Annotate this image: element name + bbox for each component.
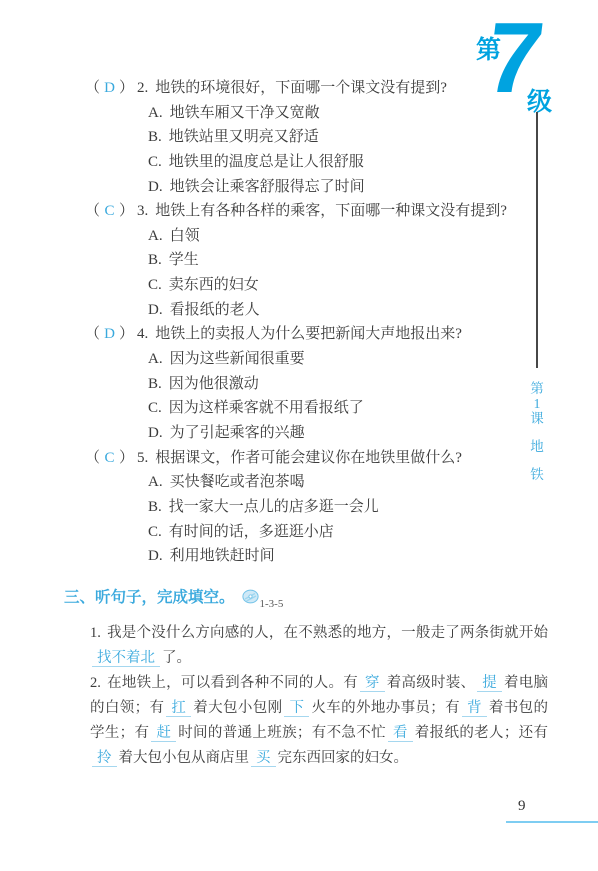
option-label: D. <box>148 425 163 441</box>
option-label: B. <box>148 499 162 515</box>
question-4: （D）4.地铁上的卖报人为什么要把新闻大声地报出来? <box>85 322 545 347</box>
question-3: （C）3.地铁上有各种各样的乘客，下面哪一种课文没有提到? <box>85 199 545 224</box>
workbook-page: 第 7 级 第 1 课 地 铁 （D）2.地铁的环境很好，下面哪一个课文没有提到… <box>0 0 598 871</box>
option-label: D. <box>148 302 163 318</box>
answer-paren-close: ） <box>119 326 134 342</box>
question-2: （D）2.地铁的环境很好，下面哪一个课文没有提到? <box>85 76 545 101</box>
page-number: 9 <box>518 798 526 815</box>
item-number: 2. <box>90 675 101 691</box>
option-label: D. <box>148 179 163 195</box>
question-5: （C）5.根据课文，作者可能会建议你在地铁里做什么? <box>85 446 545 471</box>
question-4-option-d: D.为了引起乘客的兴趣 <box>85 421 545 446</box>
item-text: 时间的普通上班族；有不急不忙 <box>178 725 386 741</box>
question-2-option-c: C.地铁里的温度总是让人很舒服 <box>85 150 545 175</box>
option-text: 地铁里的温度总是让人很舒服 <box>169 154 364 170</box>
option-label: B. <box>148 252 162 268</box>
answer-paren-open: （ <box>85 450 100 466</box>
question-number: 2. <box>137 80 148 96</box>
option-label: C. <box>148 277 162 293</box>
option-label: A. <box>148 228 163 244</box>
option-text: 为了引起乘客的兴趣 <box>170 425 305 441</box>
option-label: D. <box>148 548 163 564</box>
answer-paren-open: （ <box>85 80 100 96</box>
option-label: B. <box>148 129 162 145</box>
fill-item-1: 1.我是个没什么方向感的人，在不熟悉的地方，一般走了两条街就开始找不着北了。 <box>90 621 548 671</box>
option-label: C. <box>148 154 162 170</box>
audio-track-reference: 1-3-5 <box>260 598 284 610</box>
option-label: C. <box>148 524 162 540</box>
option-label: C. <box>148 400 162 416</box>
answer-letter: D <box>102 322 117 347</box>
answer-paren-close: ） <box>119 80 134 96</box>
item-text: 了。 <box>162 650 191 666</box>
option-text: 有时间的话，多逛逛小店 <box>169 524 334 540</box>
option-text: 利用地铁赶时间 <box>170 548 275 564</box>
blank-answer: 下 <box>284 700 309 717</box>
option-text: 因为这样乘客就不用看报纸了 <box>169 400 364 416</box>
fill-item-2: 2.在地铁上，可以看到各种不同的人。有穿着高级时装、提着电脑的白领；有扛着大包小… <box>90 671 548 771</box>
question-text: 地铁上的卖报人为什么要把新闻大声地报出来? <box>155 326 462 342</box>
option-text: 白领 <box>170 228 200 244</box>
answer-paren-open: （ <box>85 203 100 219</box>
question-5-option-a: A.买快餐吃或者泡茶喝 <box>85 470 545 495</box>
question-3-option-c: C.卖东西的妇女 <box>85 273 545 298</box>
question-5-option-d: D.利用地铁赶时间 <box>85 544 545 569</box>
option-text: 找一家大一点儿的店多逛一会儿 <box>169 499 379 515</box>
blank-answer: 穿 <box>360 675 385 692</box>
section-heading-text: 三、听句子，完成填空。 <box>64 589 235 606</box>
question-number: 4. <box>137 326 148 342</box>
option-text: 买快餐吃或者泡茶喝 <box>170 474 305 490</box>
item-text: 着大包小包刚 <box>193 700 282 716</box>
blank-answer: 买 <box>251 750 276 767</box>
question-text: 地铁上有各种各样的乘客，下面哪一种课文没有提到? <box>155 203 507 219</box>
question-3-option-b: B.学生 <box>85 248 545 273</box>
item-text: 完东西回家的妇女。 <box>278 750 409 766</box>
question-2-option-a: A.地铁车厢又干净又宽敞 <box>85 101 545 126</box>
option-text: 因为这些新闻很重要 <box>170 351 305 367</box>
blank-answer: 看 <box>388 725 413 742</box>
item-text: 火车的外地办事员；有 <box>311 700 460 716</box>
question-3-option-d: D.看报纸的老人 <box>85 298 545 323</box>
answer-paren-close: ） <box>119 450 134 466</box>
option-text: 地铁会让乘客舒服得忘了时间 <box>170 179 365 195</box>
blank-answer: 拎 <box>92 750 117 767</box>
section-heading: 三、听句子，完成填空。1-3-5 <box>64 585 282 609</box>
answer-paren-close: ） <box>119 203 134 219</box>
item-text: 着报纸的老人；还有 <box>415 725 548 741</box>
option-label: A. <box>148 105 163 121</box>
question-4-option-a: A.因为这些新闻很重要 <box>85 347 545 372</box>
question-2-option-b: B.地铁站里又明亮又舒适 <box>85 125 545 150</box>
item-number: 1. <box>90 625 101 641</box>
option-text: 看报纸的老人 <box>170 302 260 318</box>
item-text: 着大包小包从商店里 <box>119 750 250 766</box>
question-2-option-d: D.地铁会让乘客舒服得忘了时间 <box>85 175 545 200</box>
blank-answer: 扛 <box>166 700 191 717</box>
blank-answer: 找不着北 <box>92 650 160 667</box>
blank-answer: 背 <box>462 700 487 717</box>
answer-letter: C <box>102 446 117 471</box>
audio-disc-icon <box>242 591 259 608</box>
question-block: （D）2.地铁的环境很好，下面哪一个课文没有提到? A.地铁车厢又干净又宽敞 B… <box>85 76 545 569</box>
question-text: 根据课文，作者可能会建议你在地铁里做什么? <box>155 450 462 466</box>
answer-letter: D <box>102 76 117 101</box>
answer-paren-open: （ <box>85 326 100 342</box>
question-4-option-c: C.因为这样乘客就不用看报纸了 <box>85 396 545 421</box>
option-label: A. <box>148 351 163 367</box>
fill-in-blank-list: 1.我是个没什么方向感的人，在不熟悉的地方，一般走了两条街就开始找不着北了。 2… <box>90 621 548 771</box>
question-number: 3. <box>137 203 148 219</box>
item-text: 在地铁上，可以看到各种不同的人。有 <box>107 675 358 691</box>
blank-answer: 提 <box>477 675 502 692</box>
option-label: B. <box>148 376 162 392</box>
question-text: 地铁的环境很好，下面哪一个课文没有提到? <box>155 80 447 96</box>
option-text: 因为他很激动 <box>169 376 259 392</box>
footer-rule <box>506 821 598 823</box>
blank-answer: 赶 <box>151 725 176 742</box>
question-5-option-c: C.有时间的话，多逛逛小店 <box>85 520 545 545</box>
answer-letter: C <box>102 199 117 224</box>
option-text: 地铁车厢又干净又宽敞 <box>170 105 320 121</box>
option-label: A. <box>148 474 163 490</box>
option-text: 学生 <box>169 252 199 268</box>
item-text: 我是个没什么方向感的人，在不熟悉的地方，一般走了两条街就开始 <box>107 625 548 641</box>
option-text: 地铁站里又明亮又舒适 <box>169 129 319 145</box>
option-text: 卖东西的妇女 <box>169 277 259 293</box>
question-3-option-a: A.白领 <box>85 224 545 249</box>
item-text: 着高级时装、 <box>387 675 476 691</box>
question-4-option-b: B.因为他很激动 <box>85 372 545 397</box>
question-5-option-b: B.找一家大一点儿的店多逛一会儿 <box>85 495 545 520</box>
question-number: 5. <box>137 450 148 466</box>
